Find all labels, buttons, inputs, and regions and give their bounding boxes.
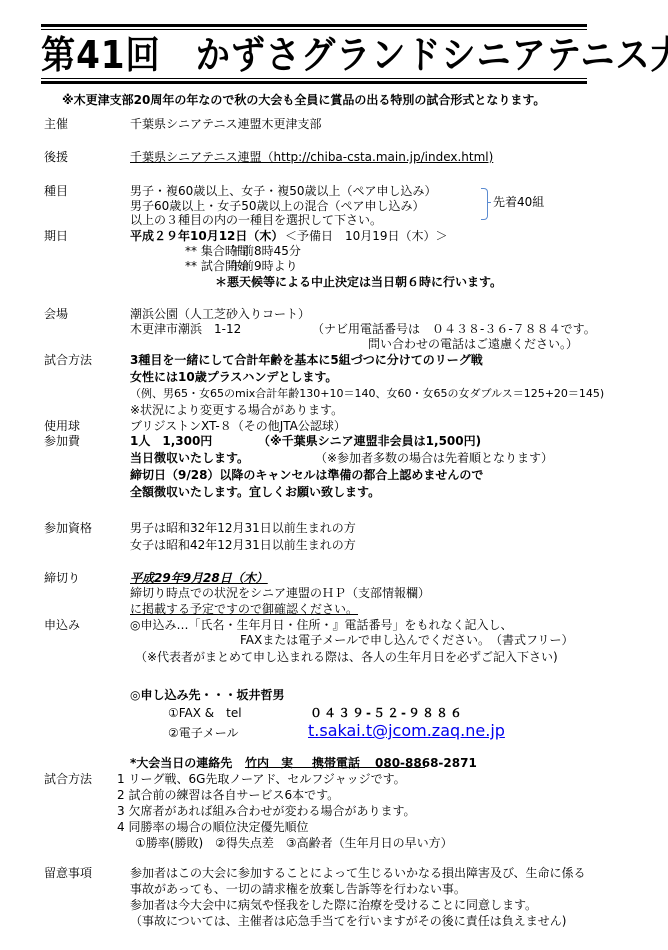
fee-collect: 当日徴収いたします。: [130, 451, 249, 465]
date-main: 平成２９年10月12日（木）: [130, 229, 283, 243]
format-line-1: 3種目を一緒にして合計年齢を基本に5組づつに分けてのリーグ戦: [130, 353, 483, 367]
fee-amount: 1人 1,300円: [130, 434, 212, 448]
bracket-icon: [481, 188, 488, 220]
fee-nonmember: （※千葉県シニア連盟非会員は1,500円): [258, 434, 481, 448]
ball-label: 使用球: [44, 419, 80, 433]
remarks-line-2: 事故があっても、一切の請求権を放棄し告訴等を行わない事。: [130, 882, 466, 896]
eligibility-men: 男子は昭和32年12月31日以前生まれの方: [130, 521, 356, 535]
application-label: 申込み: [44, 618, 80, 632]
venue-address: 木更津市潮浜 1-12: [130, 322, 241, 336]
sponsor-link[interactable]: 千葉県シニアテニス連盟（http://chiba-csta.main.jp/in…: [130, 150, 493, 164]
email-link[interactable]: t.sakai.t@jcom.zaq.ne.jp: [308, 722, 505, 740]
bracket-tick: [487, 202, 491, 203]
venue-label: 会場: [44, 307, 68, 321]
event-line-3: 以上の３種目の内の一種目を選択して下さい。: [130, 213, 382, 227]
fee-cancel-1: 締切日（9/28）以降のキャンセルは準備の都合上認めませんので: [130, 468, 483, 482]
start-time: 午前9時より: [230, 259, 298, 273]
title-rule-bottom: [41, 81, 587, 84]
event-line-1: 男子・複60歳以上、女子・複50歳以上（ペア申し込み）: [130, 184, 437, 198]
rule-item-2: 2 試合前の練習は各自サービス6本です。: [117, 788, 339, 802]
fee-cancel-2: 全額徴収いたします。宜しくお願い致します。: [130, 485, 380, 499]
event-line-2: 男子60歳以上・女子50歳以上の混合（ペア申し込み）: [130, 199, 425, 213]
eligibility-label: 参加資格: [44, 521, 92, 535]
format-example: （例、男65・女65のmix合計年齢130+10＝140、女60・女65の女ダブ…: [130, 387, 604, 401]
fax-label: ①FAX & tel: [168, 706, 242, 720]
gather-time: 午前8時45分: [230, 244, 301, 258]
eligibility-women: 女子は昭和42年12月31日以前生まれの方: [130, 538, 356, 552]
rule-item-3: 3 欠席者があれば組み合わせが変わる場合があります。: [117, 804, 416, 818]
fee-collect-note: （※参加者多数の場合は先着順となります）: [315, 451, 553, 465]
organizer-value: 千葉県シニアテニス連盟木更津支部: [130, 117, 322, 131]
title-rule-top: [41, 24, 587, 27]
format-note: ※状況により変更する場合があります。: [130, 403, 343, 417]
application-line-1: ◎申込み…「氏名・生年月日・住所・』電話番号」をもれなく記入し、: [130, 618, 512, 632]
venue-navi-note: 問い合わせの電話はご遠慮ください。）: [368, 337, 578, 351]
rule-item-4: 4 同勝率の場合の順位決定優先順位: [117, 820, 308, 834]
date-reserve: ＜予備日 10月19日（木）＞: [285, 229, 448, 243]
title-rule-top-thin: [41, 29, 587, 30]
remarks-label: 留意事項: [44, 866, 92, 880]
date-label: 期日: [44, 229, 68, 243]
venue-name: 潮浜公園（人工芝砂入りコート）: [130, 307, 310, 321]
deadline-line-2: に掲載する予定ですので御確認ください。: [130, 602, 358, 616]
bracket-note: 先着40組: [493, 195, 544, 209]
email-label: ②電子メール: [168, 726, 239, 740]
contact-underline: [245, 767, 425, 768]
events-label: 種目: [44, 184, 68, 198]
venue-navi: （ナビ用電話番号は ０４３８-３６-７８８４です。: [312, 322, 596, 336]
application-to: ◎申し込み先・・・坂井哲男: [130, 688, 284, 702]
fax-value: ０４３９-５２-９８８６: [310, 706, 464, 720]
title-banner: 第41回 かずさグランドシニアテニス大会: [41, 24, 587, 84]
sponsor-label: 後援: [44, 150, 68, 164]
deadline-date: 平成29年9月28日（木）: [130, 571, 268, 585]
ball-value: ブリジストンXT-８（その他JTA公認球）: [130, 419, 346, 433]
remarks-line-1: 参加者はこの大会に参加することによって生じるいかなる損出障害及び、生命に係る: [130, 866, 586, 880]
deadline-line-1: 締切り時点での状況をシニア連盟のＨＰ（支部情報欄）: [130, 586, 430, 600]
remarks-line-3: 参加者は今大会中に病気や怪我をした際に治療を受けることに同意します。: [130, 898, 537, 912]
deadline-label: 締切り: [44, 571, 80, 585]
rule-item-1: 1 リーグ戦、6G先取ノーアド、セルフジャッジです。: [117, 772, 406, 786]
organizer-label: 主催: [44, 117, 68, 131]
title-rule-bottom-thin: [41, 78, 587, 79]
application-line-2: FAXまたは電子メールで申し込んでください。 （書式フリー）: [240, 633, 574, 647]
page-title: 第41回 かずさグランドシニアテニス大会: [41, 34, 668, 76]
notice-text: ※木更津支部20周年の年なので秋の大会も全員に賞品の出る特別の試合形式となります…: [62, 93, 545, 107]
rule-priority: ①勝率(勝敗) ②得失点差 ③高齢者（生年月日の早い方）: [135, 836, 453, 850]
weather-note: ＊悪天候等による中止決定は当日朝６時に行います。: [215, 275, 502, 289]
contact-label: *大会当日の連絡先: [130, 756, 232, 770]
format-line-2: 女性には10歳プラスハンデとします。: [130, 370, 337, 384]
remarks-line-4: （事故については、主催者は応急手当てを行いますがその後に責任は負えません): [130, 914, 566, 928]
rules-label: 試合方法: [44, 772, 92, 786]
format-label: 試合方法: [44, 353, 92, 367]
fee-label: 参加費: [44, 434, 80, 448]
application-line-3: （※代表者がまとめて申し込まれる際は、各人の生年月日を必ずご記入下さい): [135, 650, 558, 664]
